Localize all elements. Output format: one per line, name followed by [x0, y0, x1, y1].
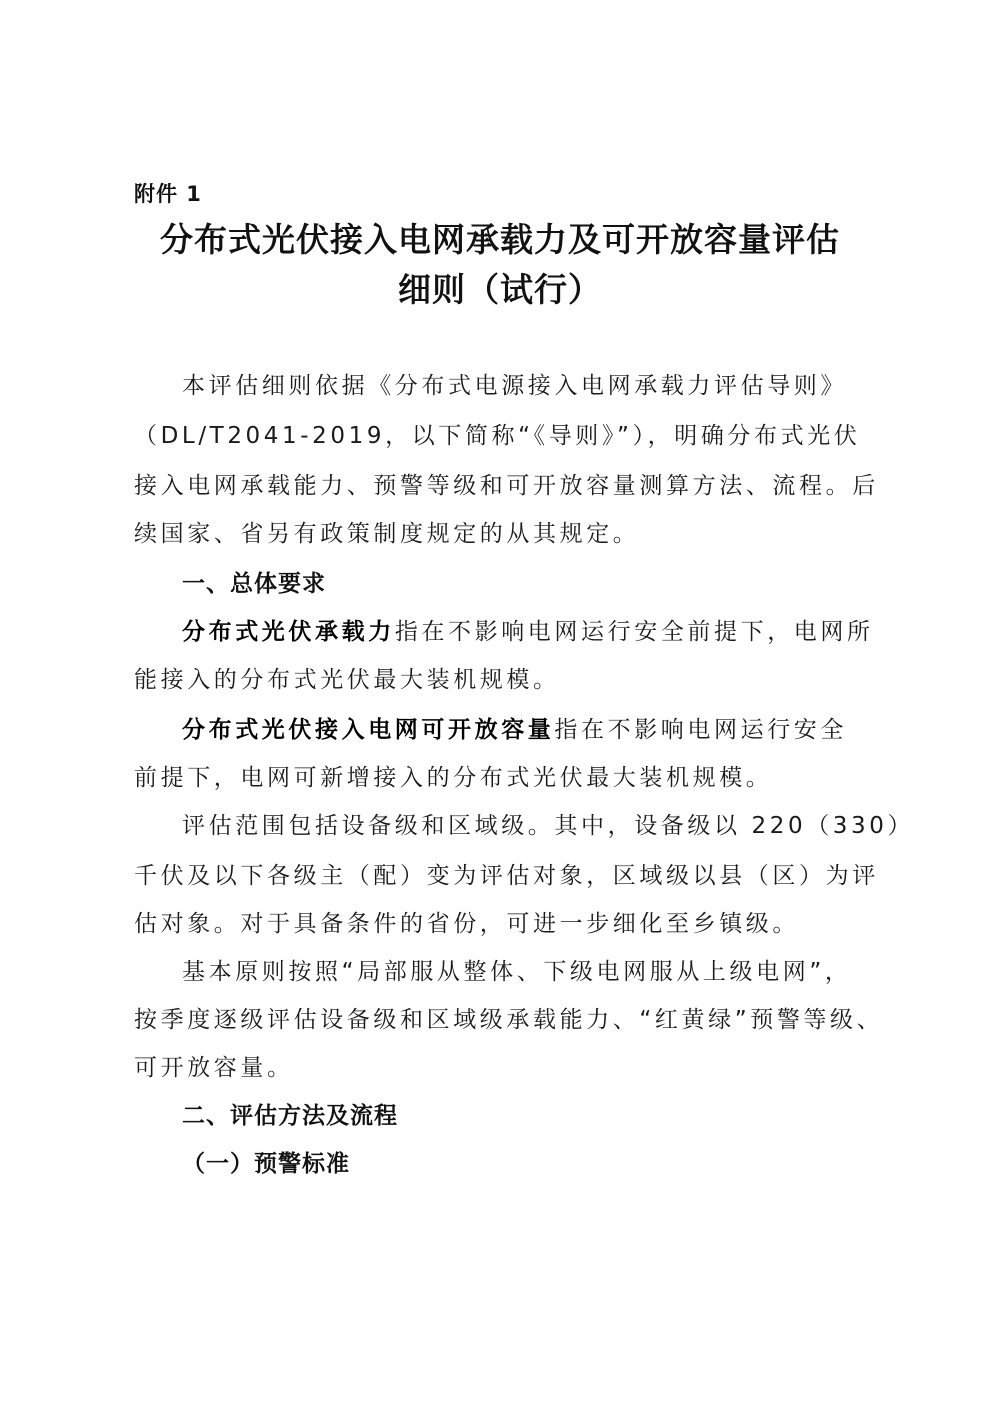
scope-line-3: 估对象。对于具备条件的省份，可进一步细化至乡镇级。 [134, 904, 874, 944]
definition-1-line-1: 分布式光伏承载力指在不影响电网运行安全前提下，电网所 [182, 612, 874, 652]
section-2-heading: 二、评估方法及流程 [182, 1096, 398, 1136]
intro-line-1: 本评估细则依据《分布式电源接入电网承载力评估导则》 [182, 366, 874, 406]
intro-line-2: （DL/T2041-2019，以下简称“《导则》”），明确分布式光伏 [134, 416, 874, 456]
document-title-line-2: 细则（试行） [120, 266, 880, 314]
scope-line-1: 评估范围包括设备级和区域级。其中，设备级以 220（330） [182, 806, 874, 846]
intro-line-3: 接入电网承载能力、预警等级和可开放容量测算方法、流程。后 [134, 466, 874, 506]
definition-1-text: 指在不影响电网运行安全前提下，电网所 [395, 619, 874, 645]
definition-2-text: 指在不影响电网运行安全 [554, 717, 847, 743]
principle-line-2: 按季度逐级评估设备级和区域级承载能力、“红黄绿”预警等级、 [134, 1000, 874, 1040]
definition-2-line-1: 分布式光伏接入电网可开放容量指在不影响电网运行安全 [182, 710, 874, 750]
definition-2-term: 分布式光伏接入电网可开放容量 [182, 717, 554, 743]
definition-1-line-2: 能接入的分布式光伏最大装机规模。 [134, 660, 874, 700]
principle-line-3: 可开放容量。 [134, 1048, 874, 1088]
attachment-label: 附件 1 [134, 178, 202, 208]
subsection-1-heading: （一）预警标准 [182, 1144, 350, 1184]
section-1-heading: 一、总体要求 [182, 564, 326, 604]
intro-line-4: 续国家、省另有政策制度规定的从其规定。 [134, 514, 874, 554]
definition-1-term: 分布式光伏承载力 [182, 619, 395, 645]
document-page: 附件 1 分布式光伏接入电网承载力及可开放容量评估 细则（试行） 本评估细则依据… [0, 0, 992, 1403]
scope-line-2: 千伏及以下各级主（配）变为评估对象，区域级以县（区）为评 [134, 856, 874, 896]
definition-2-line-2: 前提下，电网可新增接入的分布式光伏最大装机规模。 [134, 758, 874, 798]
principle-line-1: 基本原则按照“局部服从整体、下级电网服从上级电网”， [182, 952, 874, 992]
document-title-line-1: 分布式光伏接入电网承载力及可开放容量评估 [120, 216, 880, 264]
